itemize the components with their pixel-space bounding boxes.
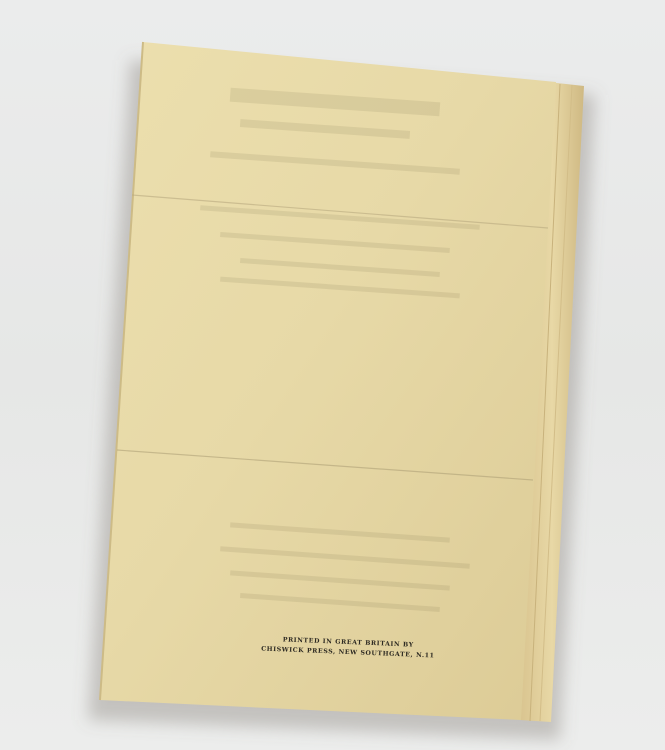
booklet-cover (100, 42, 556, 720)
